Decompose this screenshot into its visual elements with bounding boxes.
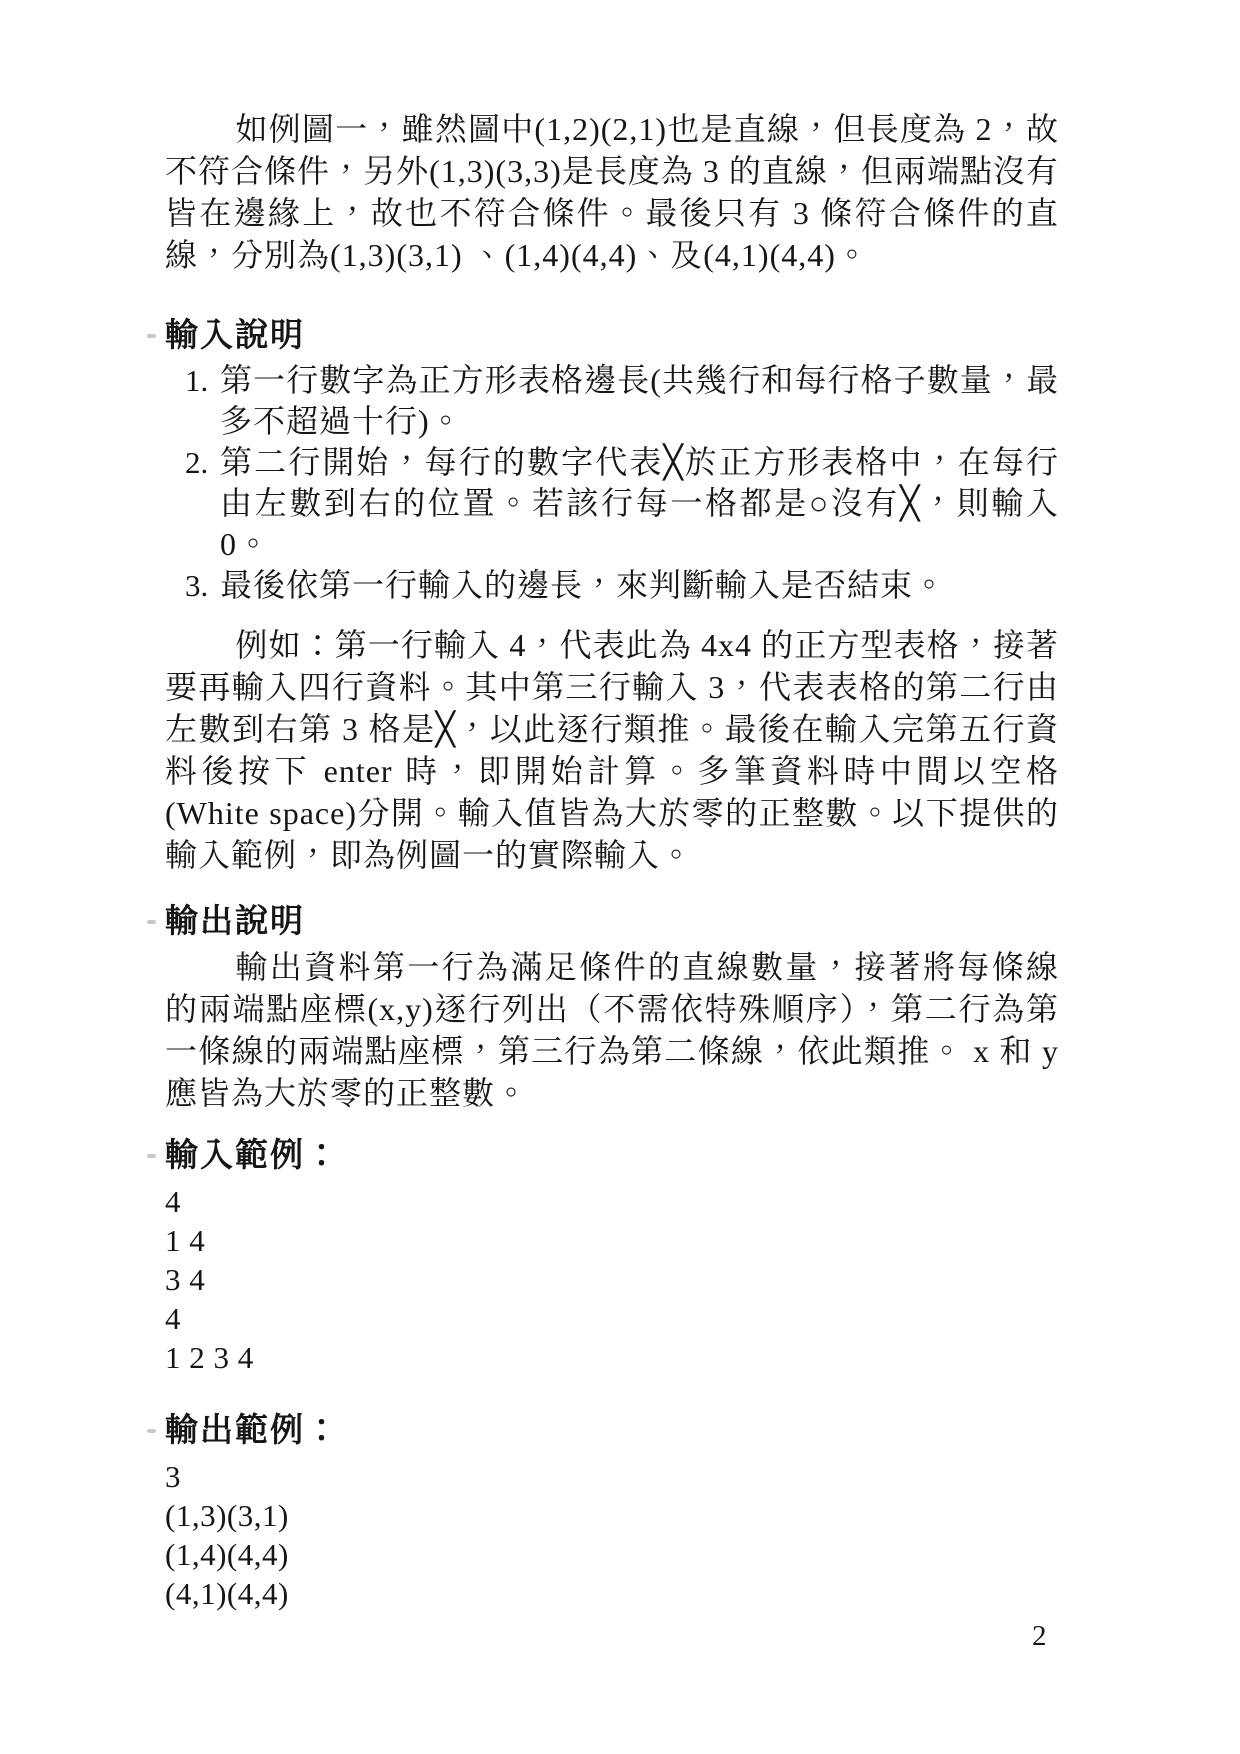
output-description-paragraph: 輸出資料第一行為滿足條件的直線數量，接著將每條線的兩端點座標(x,y)逐行列出（… [165,946,1059,1114]
page-number: 2 [1032,1618,1047,1654]
list-item: 2. 第二行開始，每行的數字代表╳於正方形表格中，在每行由左數到右的位置。若該行… [165,442,1059,565]
input-sample-lines: 4 1 4 3 4 4 1 2 3 4 [165,1182,1059,1377]
sample-line: (1,3)(3,1) [165,1496,1059,1535]
input-sample-heading: 輸入範例： [165,1134,1059,1178]
list-item: 3. 最後依第一行輸入的邊長，來判斷輸入是否結束。 [165,565,1059,606]
list-item-number: 3. [165,565,220,606]
page-content: 如例圖一，雖然圖中(1,2)(2,1)也是直線，但長度為 2，故不符合條件，另外… [165,108,1059,1613]
input-description-list: 1. 第一行數字為正方形表格邊長(共幾行和每行格子數量，最多不超過十行)。 2.… [165,360,1059,606]
list-item-text: 第一行數字為正方形表格邊長(共幾行和每行格子數量，最多不超過十行)。 [220,360,1059,442]
input-description-heading: 輸入說明 [165,314,1059,358]
sample-line: 3 [165,1457,1059,1496]
intro-paragraph: 如例圖一，雖然圖中(1,2)(2,1)也是直線，但長度為 2，故不符合條件，另外… [165,108,1059,276]
list-item: 1. 第一行數字為正方形表格邊長(共幾行和每行格子數量，最多不超過十行)。 [165,360,1059,442]
output-sample-lines: 3 (1,3)(3,1) (1,4)(4,4) (4,1)(4,4) [165,1457,1059,1613]
output-description-heading: 輸出說明 [165,900,1059,944]
input-usage-example-paragraph: 例如：第一行輸入 4，代表此為 4x4 的正方型表格，接著要再輸入四行資料。其中… [165,624,1059,876]
sample-line: 4 [165,1182,1059,1221]
list-item-number: 2. [165,442,220,483]
list-item-text: 第二行開始，每行的數字代表╳於正方形表格中，在每行由左數到右的位置。若該行每一格… [220,442,1059,565]
sample-line: 1 2 3 4 [165,1338,1059,1377]
document-page: 如例圖一，雖然圖中(1,2)(2,1)也是直線，但長度為 2，故不符合條件，另外… [0,0,1240,1754]
sample-line: (1,4)(4,4) [165,1535,1059,1574]
sample-line: 1 4 [165,1221,1059,1260]
sample-line: 4 [165,1299,1059,1338]
sample-line: 3 4 [165,1260,1059,1299]
output-sample-heading: 輸出範例： [165,1409,1059,1453]
list-item-text: 最後依第一行輸入的邊長，來判斷輸入是否結束。 [220,565,1059,606]
sample-line: (4,1)(4,4) [165,1574,1059,1613]
list-item-number: 1. [165,360,220,401]
